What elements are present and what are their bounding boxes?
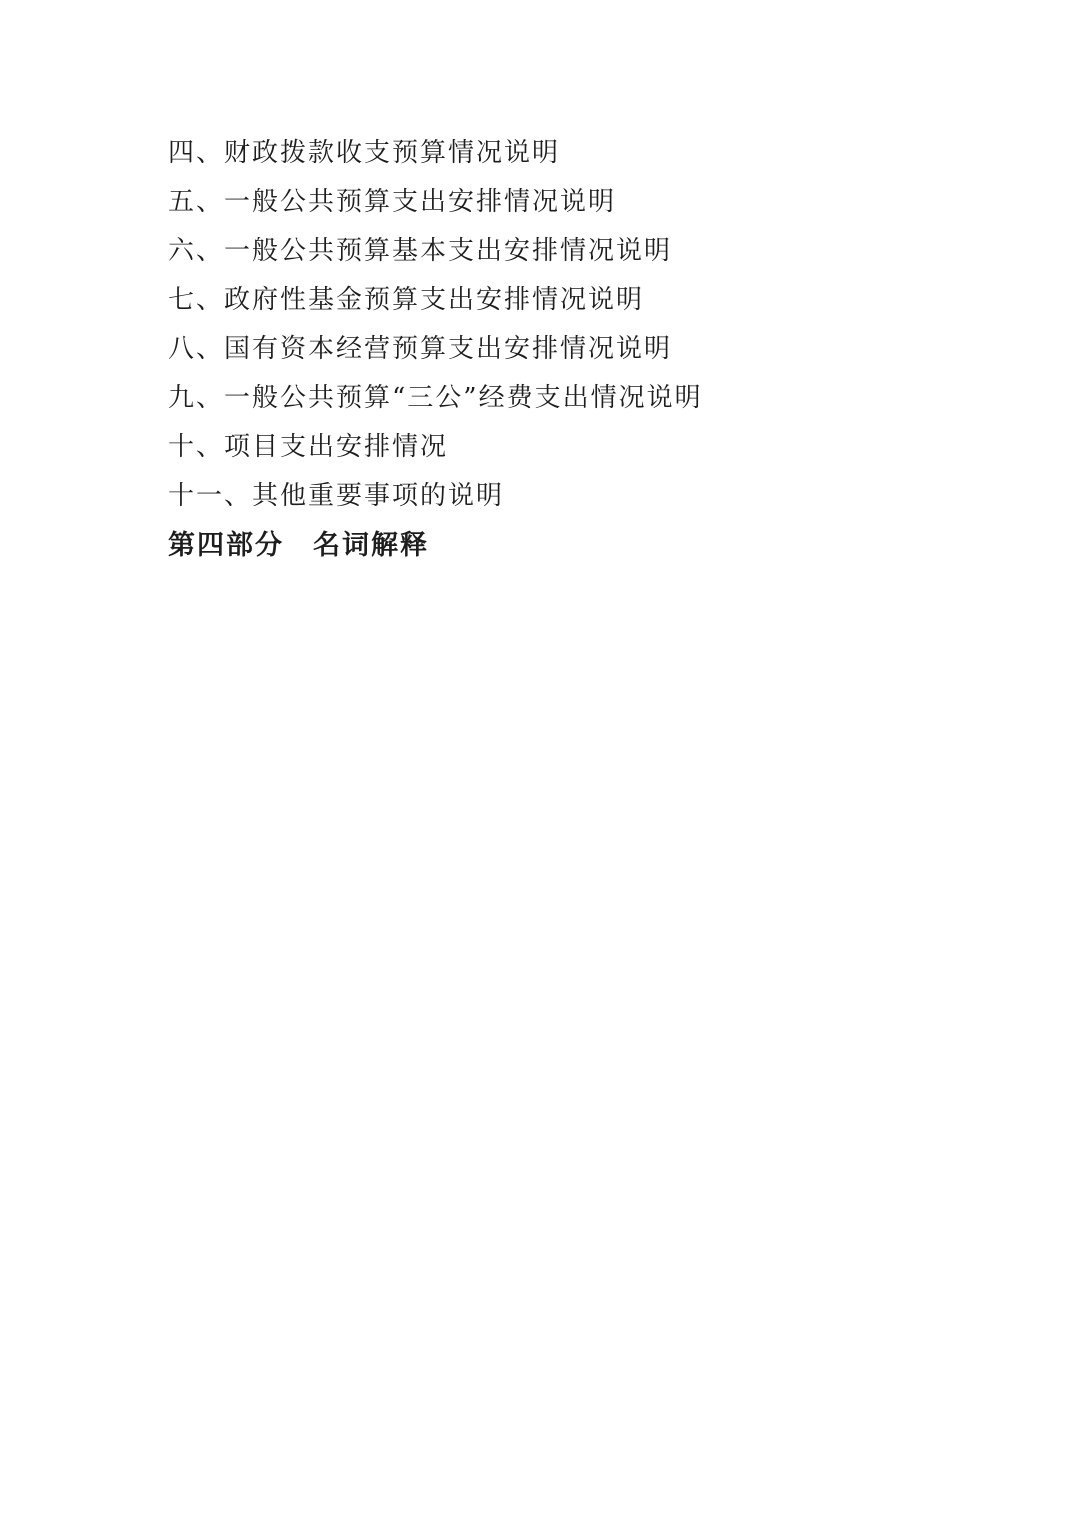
toc-item-08: 八、国有资本经营预算支出安排情况说明 <box>168 325 994 374</box>
toc-item-10: 十、项目支出安排情况 <box>168 423 994 472</box>
toc-item-07: 七、政府性基金预算支出安排情况说明 <box>168 276 994 325</box>
section-heading-part-four: 第四部分 名词解释 <box>168 521 994 570</box>
table-of-contents: 四、财政拨款收支预算情况说明 五、一般公共预算支出安排情况说明 六、一般公共预算… <box>168 129 994 570</box>
toc-item-11: 十一、其他重要事项的说明 <box>168 472 994 521</box>
toc-item-06: 六、一般公共预算基本支出安排情况说明 <box>168 227 994 276</box>
toc-item-09: 九、一般公共预算“三公”经费支出情况说明 <box>168 374 994 423</box>
toc-item-04: 四、财政拨款收支预算情况说明 <box>168 129 994 178</box>
toc-item-05: 五、一般公共预算支出安排情况说明 <box>168 178 994 227</box>
document-page: 四、财政拨款收支预算情况说明 五、一般公共预算支出安排情况说明 六、一般公共预算… <box>0 0 1074 1520</box>
